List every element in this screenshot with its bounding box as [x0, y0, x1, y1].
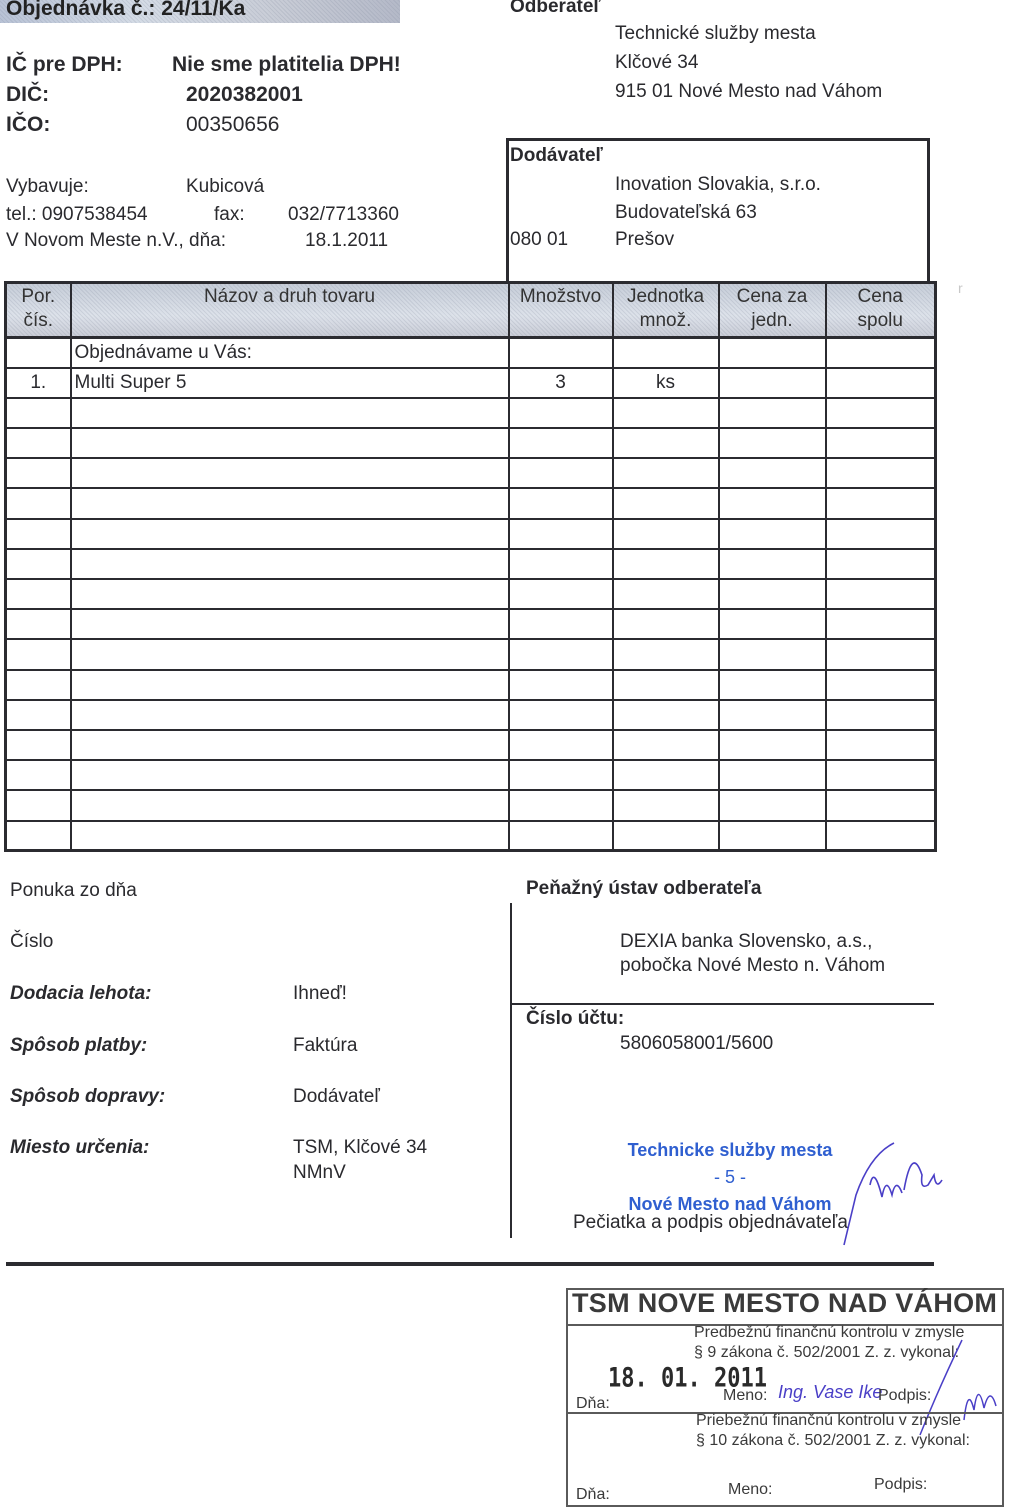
header-order-number: Por.čís.: [6, 283, 71, 338]
cell-total-price: [826, 519, 936, 549]
table-row: [6, 730, 936, 760]
cell-quantity: [509, 670, 613, 700]
cell-item-name: [71, 790, 509, 820]
bank-section-divider: [510, 903, 512, 1238]
offer-date-label: Ponuka zo dňa: [10, 880, 137, 902]
header-unit-price-line2: jedn.: [720, 309, 825, 333]
scan-artifact: r: [958, 280, 963, 296]
header-quantity-line1: Množstvo: [510, 285, 612, 309]
dic-label: DIČ:: [6, 83, 49, 107]
header-unit-line2: množ.: [614, 309, 718, 333]
cell-unit-price: [719, 821, 826, 851]
cell-total-price: [826, 428, 936, 458]
cell-unit-price: [719, 458, 826, 488]
cell-total-price: [826, 579, 936, 609]
table-row: [6, 609, 936, 639]
cell-order-number: [6, 670, 71, 700]
cell-total-price: [826, 730, 936, 760]
signature-label-2: Podpis:: [874, 1476, 927, 1494]
cell-total-price: [826, 609, 936, 639]
cell-quantity: [509, 398, 613, 428]
table-row: Objednávame u Vás:: [6, 338, 936, 368]
delivery-time-value: Ihneď!: [293, 983, 347, 1005]
supplier-label: Dodávateľ: [510, 145, 603, 167]
offer-number-label: Číslo: [10, 931, 53, 953]
cell-order-number: [6, 579, 71, 609]
order-date: 18.1.2011: [305, 230, 388, 252]
destination-value-line2: NMnV: [293, 1162, 346, 1184]
transport-method-label: Spôsob dopravy:: [10, 1086, 165, 1108]
cell-order-number: [6, 790, 71, 820]
table-row: [6, 549, 936, 579]
cell-quantity: [509, 730, 613, 760]
table-row: [6, 398, 936, 428]
cell-item-name: [71, 700, 509, 730]
company-stamp-line1: Technicke služby mesta: [610, 1140, 850, 1161]
cell-order-number: [6, 639, 71, 669]
ico-value: 00350656: [186, 113, 279, 137]
cell-total-price: [826, 700, 936, 730]
cell-unit-price: [719, 549, 826, 579]
order-items-table: Por.čís.Názov a druh tovaruMnožstvoJedno…: [4, 281, 937, 852]
cell-item-name: [71, 579, 509, 609]
cell-item-name: [71, 760, 509, 790]
day-label: Dňa:: [576, 1395, 610, 1413]
cell-order-number: 1.: [6, 368, 71, 398]
cell-total-price: [826, 639, 936, 669]
cell-unit: [613, 639, 719, 669]
cell-unit-price: [719, 488, 826, 518]
cell-unit: [613, 609, 719, 639]
cell-unit-price: [719, 519, 826, 549]
cell-unit: [613, 549, 719, 579]
cell-unit-price: [719, 398, 826, 428]
header-item-name: Názov a druh tovaru: [71, 283, 509, 338]
cell-item-name: [71, 670, 509, 700]
table-row: [6, 519, 936, 549]
cell-unit: [613, 760, 719, 790]
order-number-title: Objednávka č.: 24/11/Ka: [6, 0, 245, 21]
supplier-zip: 080 01: [510, 229, 568, 251]
cell-unit: [613, 458, 719, 488]
table-row: [6, 579, 936, 609]
cell-total-price: [826, 368, 936, 398]
cell-quantity: 3: [509, 368, 613, 398]
cell-order-number: [6, 760, 71, 790]
bank-name-line2: pobočka Nové Mesto n. Váhom: [620, 955, 885, 977]
phone-number: tel.: 0907538454: [6, 204, 148, 226]
account-divider: [510, 1003, 934, 1005]
cell-item-name: [71, 609, 509, 639]
cell-quantity: [509, 639, 613, 669]
cell-item-name: [71, 428, 509, 458]
cell-quantity: [509, 549, 613, 579]
fax-label: fax:: [214, 204, 245, 226]
payment-method-label: Spôsob platby:: [10, 1035, 147, 1057]
cell-unit-price: [719, 428, 826, 458]
cell-quantity: [509, 609, 613, 639]
cell-unit-price: [719, 700, 826, 730]
header-unit-line1: Jednotka: [614, 285, 718, 309]
cell-unit-price: [719, 579, 826, 609]
destination-value-line1: TSM, Klčové 34: [293, 1137, 427, 1159]
cell-total-price: [826, 790, 936, 820]
cell-unit: [613, 670, 719, 700]
cell-quantity: [509, 821, 613, 851]
table-row: [6, 670, 936, 700]
cell-total-price: [826, 488, 936, 518]
cell-item-name: Objednávame u Vás:: [71, 338, 509, 368]
payment-method-value: Faktúra: [293, 1035, 357, 1057]
order-title-bar: Objednávka č.: 24/11/Ka: [0, 0, 400, 23]
header-total-price-line1: Cena: [827, 285, 935, 309]
cell-quantity: [509, 760, 613, 790]
cell-total-price: [826, 398, 936, 428]
cell-item-name: [71, 549, 509, 579]
table-row: [6, 700, 936, 730]
cell-unit-price: [719, 790, 826, 820]
supplier-street: Budovateľská 63: [615, 202, 757, 224]
table-header-row: Por.čís.Názov a druh tovaruMnožstvoJedno…: [6, 283, 936, 338]
name-label-2: Meno:: [728, 1481, 772, 1499]
table-body: Objednávame u Vás:1.Multi Super 53ks: [6, 338, 936, 851]
bank-name-line1: DEXIA banka Slovensko, a.s.,: [620, 931, 872, 953]
day-label-2: Dňa:: [576, 1486, 610, 1504]
current-control-line2: § 10 zákona č. 502/2001 Z. z. vykonal:: [696, 1432, 970, 1450]
table-row: [6, 458, 936, 488]
cell-order-number: [6, 821, 71, 851]
header-unit-price-line1: Cena za: [720, 285, 825, 309]
cell-order-number: [6, 519, 71, 549]
bottom-rule: [6, 1262, 934, 1266]
table-row: [6, 790, 936, 820]
cell-order-number: [6, 428, 71, 458]
cell-quantity: [509, 458, 613, 488]
header-total-price-line2: spolu: [827, 309, 935, 333]
header-order-number-line2: čís.: [7, 309, 70, 333]
cell-unit: [613, 428, 719, 458]
transport-method-value: Dodávateľ: [293, 1086, 380, 1108]
destination-label: Miesto určenia:: [10, 1137, 149, 1159]
fax-value: 032/7713360: [288, 204, 399, 226]
account-label: Číslo účtu:: [526, 1008, 624, 1030]
cell-quantity: [509, 488, 613, 518]
customer-street: Klčové 34: [615, 52, 698, 74]
cell-quantity: [509, 519, 613, 549]
cell-item-name: [71, 398, 509, 428]
cell-total-price: [826, 760, 936, 790]
cell-order-number: [6, 730, 71, 760]
dic-value: 2020382001: [186, 83, 303, 107]
handwritten-signature-icon: [830, 1135, 960, 1250]
cell-order-number: [6, 549, 71, 579]
table-row: [6, 428, 936, 458]
cell-order-number: [6, 338, 71, 368]
current-control-line1: Priebežnú finančnú kontrolu v zmysle: [696, 1412, 961, 1430]
table-row: [6, 760, 936, 790]
customer-name: Technické služby mesta: [615, 23, 816, 45]
cell-unit-price: [719, 609, 826, 639]
cell-quantity: [509, 700, 613, 730]
header-quantity: Množstvo: [509, 283, 613, 338]
ico-label: IČO:: [6, 113, 50, 137]
cell-order-number: [6, 700, 71, 730]
cell-order-number: [6, 609, 71, 639]
cell-unit: [613, 730, 719, 760]
handler-label: Vybavuje:: [6, 176, 89, 198]
cell-unit: [613, 790, 719, 820]
cell-total-price: [826, 670, 936, 700]
header-order-number-line1: Por.: [7, 285, 70, 309]
table-row: [6, 488, 936, 518]
cell-item-name: [71, 639, 509, 669]
header-unit-price: Cena zajedn.: [719, 283, 826, 338]
table-row: 1.Multi Super 53ks: [6, 368, 936, 398]
name-label: Meno:: [723, 1387, 767, 1405]
handler-value: Kubicová: [186, 176, 264, 198]
cell-unit-price: [719, 670, 826, 700]
control-stamp-title: TSM NOVE MESTO NAD VÁHOM: [572, 1288, 997, 1319]
cell-quantity: [509, 790, 613, 820]
cell-quantity: [509, 338, 613, 368]
cell-quantity: [509, 428, 613, 458]
place-date-label: V Novom Meste n.V., dňa:: [6, 230, 226, 252]
cell-item-name: [71, 821, 509, 851]
cell-quantity: [509, 579, 613, 609]
header-total-price: Cenaspolu: [826, 283, 936, 338]
cell-total-price: [826, 549, 936, 579]
cell-item-name: [71, 488, 509, 518]
cell-total-price: [826, 338, 936, 368]
customer-city: 915 01 Nové Mesto nad Váhom: [615, 81, 882, 103]
cell-unit-price: [719, 730, 826, 760]
customer-label: Odberateľ: [510, 0, 601, 18]
cell-item-name: [71, 519, 509, 549]
cell-unit-price: [719, 368, 826, 398]
cell-order-number: [6, 458, 71, 488]
supplier-name: Inovation Slovakia, s.r.o.: [615, 174, 821, 196]
cell-unit: [613, 519, 719, 549]
cell-unit: [613, 488, 719, 518]
supplier-city: Prešov: [615, 229, 674, 251]
table-row: [6, 639, 936, 669]
cell-item-name: [71, 730, 509, 760]
ic-dph-label: IČ pre DPH:: [6, 53, 123, 77]
handwritten-name: Ing. Vase Ike: [778, 1382, 882, 1403]
cell-total-price: [826, 821, 936, 851]
cell-unit: [613, 579, 719, 609]
cell-item-name: Multi Super 5: [71, 368, 509, 398]
cell-total-price: [826, 458, 936, 488]
account-number: 5806058001/5600: [620, 1033, 773, 1055]
delivery-time-label: Dodacia lehota:: [10, 983, 151, 1005]
cell-item-name: [71, 458, 509, 488]
financial-control-stamp: TSM NOVE MESTO NAD VÁHOM Predbežnú finan…: [566, 1288, 1004, 1507]
cell-unit: [613, 398, 719, 428]
cell-unit: [613, 821, 719, 851]
cell-unit-price: [719, 760, 826, 790]
cell-unit-price: [719, 639, 826, 669]
company-stamp-line2: - 5 -: [610, 1167, 850, 1188]
cell-unit: ks: [613, 368, 719, 398]
header-unit: Jednotkamnož.: [613, 283, 719, 338]
table-row: [6, 821, 936, 851]
stamp-signature-caption: Pečiatka a podpis objednávateľa: [573, 1212, 848, 1234]
cell-order-number: [6, 488, 71, 518]
cell-unit-price: [719, 338, 826, 368]
ic-dph-value: Nie sme platitelia DPH!: [172, 53, 401, 77]
cell-unit: [613, 700, 719, 730]
cell-order-number: [6, 398, 71, 428]
bank-label: Peňažný ústav odberateľa: [526, 878, 761, 900]
header-item-name-line1: Názov a druh tovaru: [72, 285, 508, 309]
cell-unit: [613, 338, 719, 368]
